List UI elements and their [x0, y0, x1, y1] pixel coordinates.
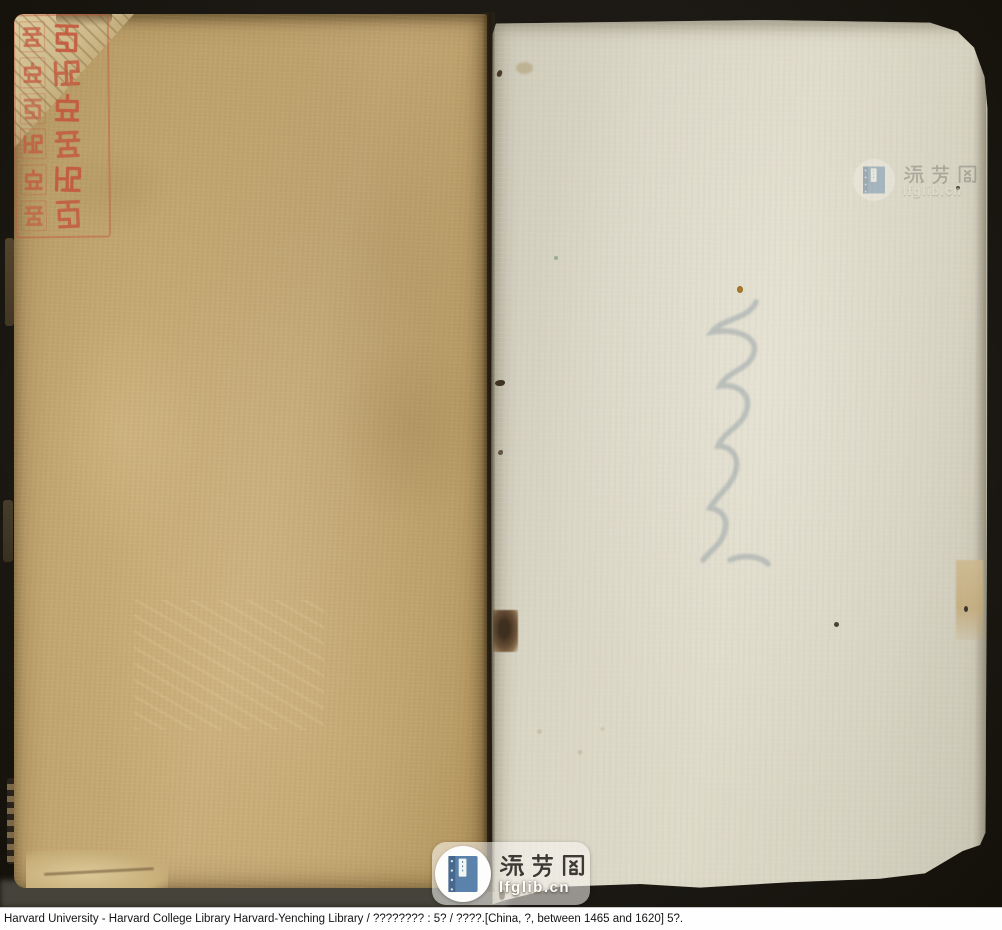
cjk-glyph-liu: [499, 852, 524, 877]
cjk-glyph-ge: [561, 852, 586, 877]
caption-bar: Harvard University - Harvard College Lib…: [0, 907, 1002, 930]
paper-stain: [334, 334, 484, 524]
site-watermark-top-right: 流芳阁 lfglib.cn: [853, 150, 1001, 210]
watermark-site-url: lfglib.cn: [499, 879, 586, 896]
seal-character: [19, 21, 45, 52]
seal-character: [21, 200, 47, 231]
book-logo-icon: [853, 159, 895, 201]
seal-character: [50, 91, 84, 126]
seal-character: [20, 129, 46, 160]
cjk-glyph-fang: [930, 163, 951, 184]
watermark-site-name: 流芳阁: [903, 163, 978, 184]
seal-character: [19, 57, 45, 88]
seal-column-left: [19, 21, 47, 231]
page-edge-mark: [5, 238, 14, 326]
seal-character: [50, 21, 84, 56]
cjk-glyph-fang: [530, 852, 555, 877]
page-edge-mark: [3, 500, 13, 562]
surface-scratches: [134, 600, 324, 730]
seal-character: [50, 55, 85, 90]
book-cover-left: 哈佛大學漢和圖書館珍藏印: [14, 14, 487, 888]
book-gutter-shadow: [482, 12, 495, 892]
cjk-glyph-ge: [957, 163, 978, 184]
paper-light-patch: [44, 314, 204, 554]
seal-column-right: [50, 21, 85, 231]
caption-text: Harvard University - Harvard College Lib…: [0, 913, 683, 925]
digitized-book-scan-viewer: 哈佛大學漢和圖書館珍藏印: [0, 0, 1002, 930]
seal-character: [20, 164, 46, 195]
seal-character: [51, 161, 85, 196]
seal-character: [20, 93, 46, 124]
watermark-site-name: 流芳阁: [499, 852, 586, 877]
cjk-glyph-liu: [903, 163, 924, 184]
seal-character: [51, 196, 86, 231]
seal-character: [50, 126, 85, 161]
watermark-site-url: lfglib.cn: [903, 184, 978, 198]
site-watermark-badge: 流芳阁 lfglib.cn: [432, 842, 590, 905]
book-logo-icon: [435, 846, 491, 902]
library-seal: 哈佛大學漢和圖書館珍藏印: [14, 14, 111, 238]
